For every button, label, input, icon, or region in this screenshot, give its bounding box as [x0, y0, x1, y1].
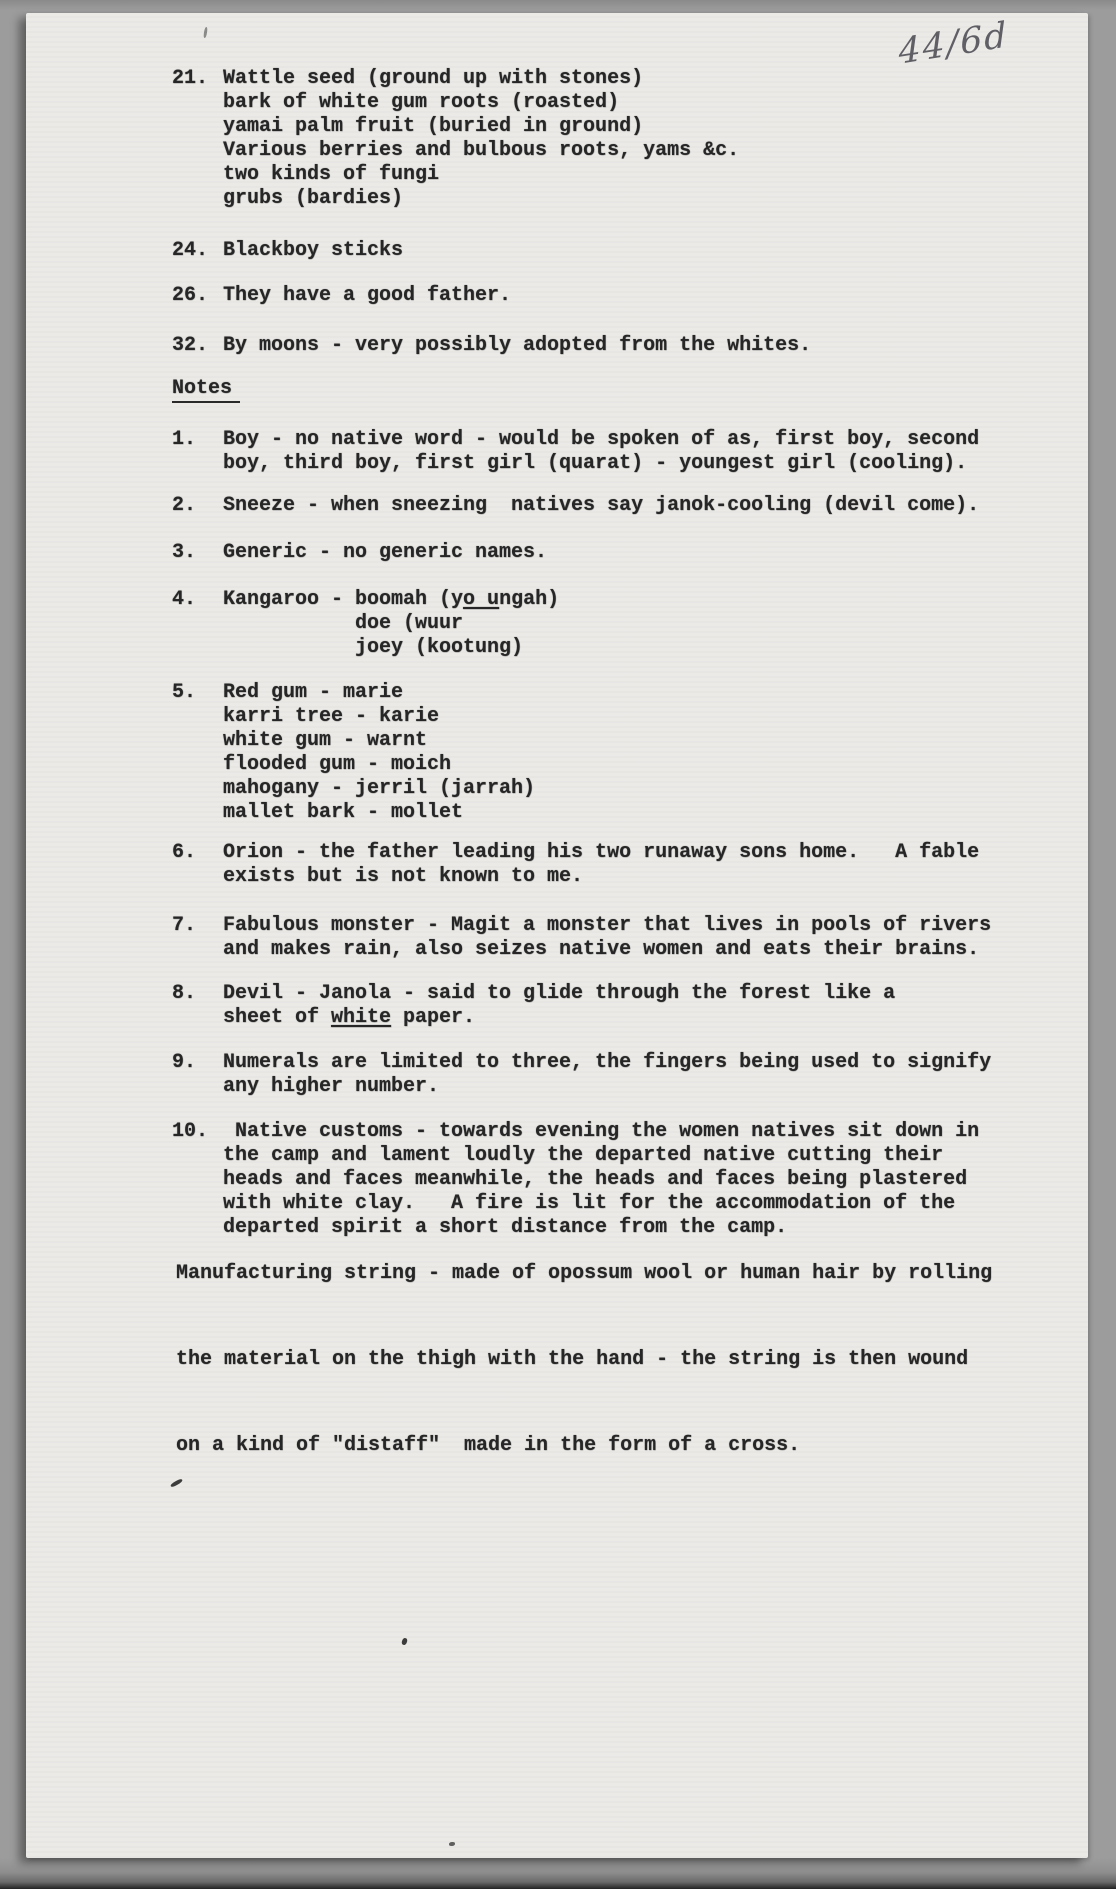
note-number: 1. — [172, 428, 223, 452]
item-text: They have a good father. — [223, 284, 511, 308]
note-text-segment: Kangaroo - boomah (y — [223, 588, 463, 611]
note-10: 10. Native customs - towards evening the… — [172, 1120, 979, 1240]
note-number: 6. — [172, 841, 223, 865]
item-number: 21. — [172, 67, 223, 91]
note-text: Devil - Janola - said to glide through t… — [223, 982, 895, 1030]
note-text: Orion - the father leading his two runaw… — [223, 841, 979, 889]
note-number: 8. — [172, 982, 223, 1006]
note-number: 10. — [172, 1120, 223, 1144]
note-text-underlined: o u — [463, 588, 499, 611]
note-2: 2.Sneeze - when sneezing natives say jan… — [172, 494, 979, 518]
note-number: 4. — [172, 588, 223, 612]
note-text: Red gum - marie karri tree - karie white… — [223, 681, 535, 825]
item-number: 26. — [172, 284, 223, 308]
list-item-32: 32.By moons - very possibly adopted from… — [172, 334, 811, 358]
note-text: Numerals are limited to three, the finge… — [223, 1051, 991, 1099]
note-number: 9. — [172, 1051, 223, 1075]
note-5: 5.Red gum - marie karri tree - karie whi… — [172, 681, 535, 825]
note-text: Generic - no generic names. — [223, 541, 547, 565]
note-8: 8.Devil - Janola - said to glide through… — [172, 982, 895, 1030]
item-number: 24. — [172, 239, 223, 263]
note-number: 7. — [172, 914, 223, 938]
note-number: 5. — [172, 681, 223, 705]
note-text: Kangaroo - boomah (yo ungah) doe (wuur j… — [223, 588, 559, 660]
note-number: 2. — [172, 494, 223, 518]
note-1: 1.Boy - no native word - would be spoken… — [172, 428, 979, 476]
item-text: By moons - very possibly adopted from th… — [223, 334, 811, 358]
note-6: 6.Orion - the father leading his two run… — [172, 841, 979, 889]
scanned-document-page: 44/6d 21.Wattle seed (ground up with sto… — [0, 0, 1116, 1889]
list-item-24: 24.Blackboy sticks — [172, 239, 403, 263]
note-7: 7.Fabulous monster - Magit a monster tha… — [172, 914, 991, 962]
item-text: Blackboy sticks — [223, 239, 403, 263]
note-text-segment: Devil - Janola - said to glide through t… — [223, 982, 895, 1029]
note-text-segment: paper. — [391, 1006, 475, 1029]
item-number: 32. — [172, 334, 223, 358]
notes-heading-text: Notes — [172, 377, 240, 403]
note-text-underlined: white — [331, 1006, 391, 1029]
list-item-21: 21.Wattle seed (ground up with stones) b… — [172, 67, 739, 211]
note-text: Boy - no native word - would be spoken o… — [223, 428, 979, 476]
note-4: 4.Kangaroo - boomah (yo ungah) doe (wuur… — [172, 588, 559, 660]
list-item-26: 26.They have a good father. — [172, 284, 511, 308]
note-text: Sneeze - when sneezing natives say janok… — [223, 494, 979, 518]
note-3: 3.Generic - no generic names. — [172, 541, 547, 565]
note-text: Fabulous monster - Magit a monster that … — [223, 914, 991, 962]
item-text: Wattle seed (ground up with stones) bark… — [223, 67, 739, 211]
note-9: 9.Numerals are limited to three, the fin… — [172, 1051, 991, 1099]
note-text: Native customs - towards evening the wom… — [223, 1120, 979, 1240]
closing-paragraph: Manufacturing string - made of opossum w… — [176, 1252, 992, 1467]
ink-mark — [449, 1842, 455, 1846]
note-number: 3. — [172, 541, 223, 565]
notes-heading: Notes — [172, 377, 240, 401]
